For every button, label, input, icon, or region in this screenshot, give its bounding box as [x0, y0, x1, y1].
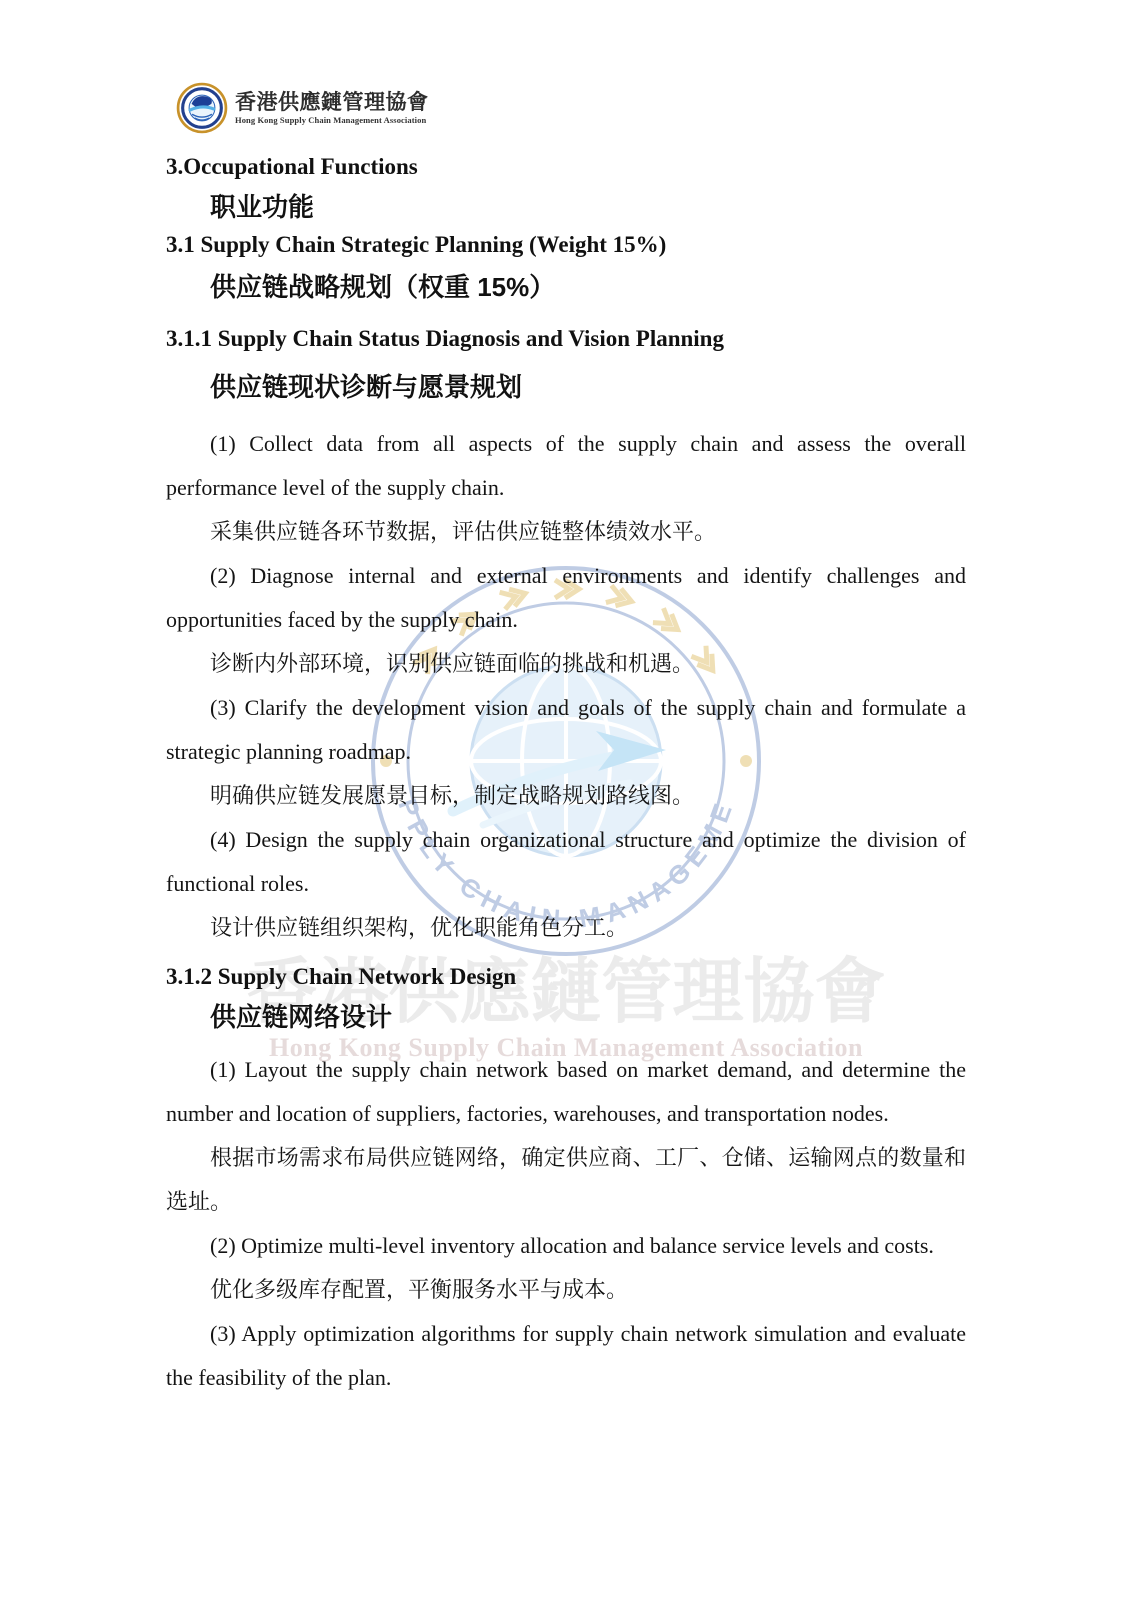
section-3-1-2-body: (1) Layout the supply chain network base… [166, 1048, 966, 1400]
association-logo-emblem-icon [176, 82, 228, 134]
heading-3-1-2-cjk: 供应链网络设计 [166, 1000, 966, 1034]
page-content: 香港供應鏈管理協會 Hong Kong Supply Chain Managem… [0, 0, 1132, 1600]
logo-subtitle-en: Hong Kong Supply Chain Management Associ… [235, 115, 429, 126]
heading-3-1-en: 3.1 Supply Chain Strategic Planning (Wei… [166, 230, 966, 260]
para-3-1-1-item4-cjk: 设计供应链组织架构，优化职能角色分工。 [166, 906, 966, 950]
logo-title-cjk: 香港供應鏈管理協會 [235, 91, 429, 115]
section-3-1-1-body: (1) Collect data from all aspects of the… [166, 422, 966, 950]
para-3-1-1-item3-en: (3) Clarify the development vision and g… [166, 686, 966, 774]
heading-occupational-functions-cjk: 职业功能 [166, 190, 966, 224]
para-3-1-1-item1-en: (1) Collect data from all aspects of the… [166, 422, 966, 510]
association-logo: 香港供應鏈管理協會 Hong Kong Supply Chain Managem… [176, 82, 966, 134]
para-3-1-2-item1-cjk: 根据市场需求布局供应链网络，确定供应商、工厂、仓储、运输网点的数量和选址。 [166, 1136, 966, 1224]
para-3-1-2-item3-en: (3) Apply optimization algorithms for su… [166, 1312, 966, 1400]
para-3-1-2-item2-en: (2) Optimize multi-level inventory alloc… [166, 1224, 966, 1268]
para-3-1-2-item1-en: (1) Layout the supply chain network base… [166, 1048, 966, 1136]
para-3-1-1-item3-cjk: 明确供应链发展愿景目标，制定战略规划路线图。 [166, 774, 966, 818]
heading-occupational-functions-en: 3.Occupational Functions [166, 152, 966, 182]
heading-3-1-1-cjk: 供应链现状诊断与愿景规划 [166, 370, 966, 404]
para-3-1-2-item2-cjk: 优化多级库存配置，平衡服务水平与成本。 [166, 1268, 966, 1312]
para-3-1-1-item2-en: (2) Diagnose internal and external envir… [166, 554, 966, 642]
para-3-1-1-item2-cjk: 诊断内外部环境，识别供应链面临的挑战和机遇。 [166, 642, 966, 686]
heading-3-1-2-en: 3.1.2 Supply Chain Network Design [166, 962, 966, 992]
heading-3-1-cjk: 供应链战略规划（权重 15%） [166, 270, 966, 304]
heading-3-1-1-en: 3.1.1 Supply Chain Status Diagnosis and … [166, 324, 966, 354]
para-3-1-1-item4-en: (4) Design the supply chain organization… [166, 818, 966, 906]
para-3-1-1-item1-cjk: 采集供应链各环节数据，评估供应链整体绩效水平。 [166, 510, 966, 554]
association-logo-text: 香港供應鏈管理協會 Hong Kong Supply Chain Managem… [235, 91, 429, 126]
document-page: SUPPLY CHAIN MANAGEMENT 香港供應鏈管理協會 Hong K… [0, 0, 1132, 1600]
